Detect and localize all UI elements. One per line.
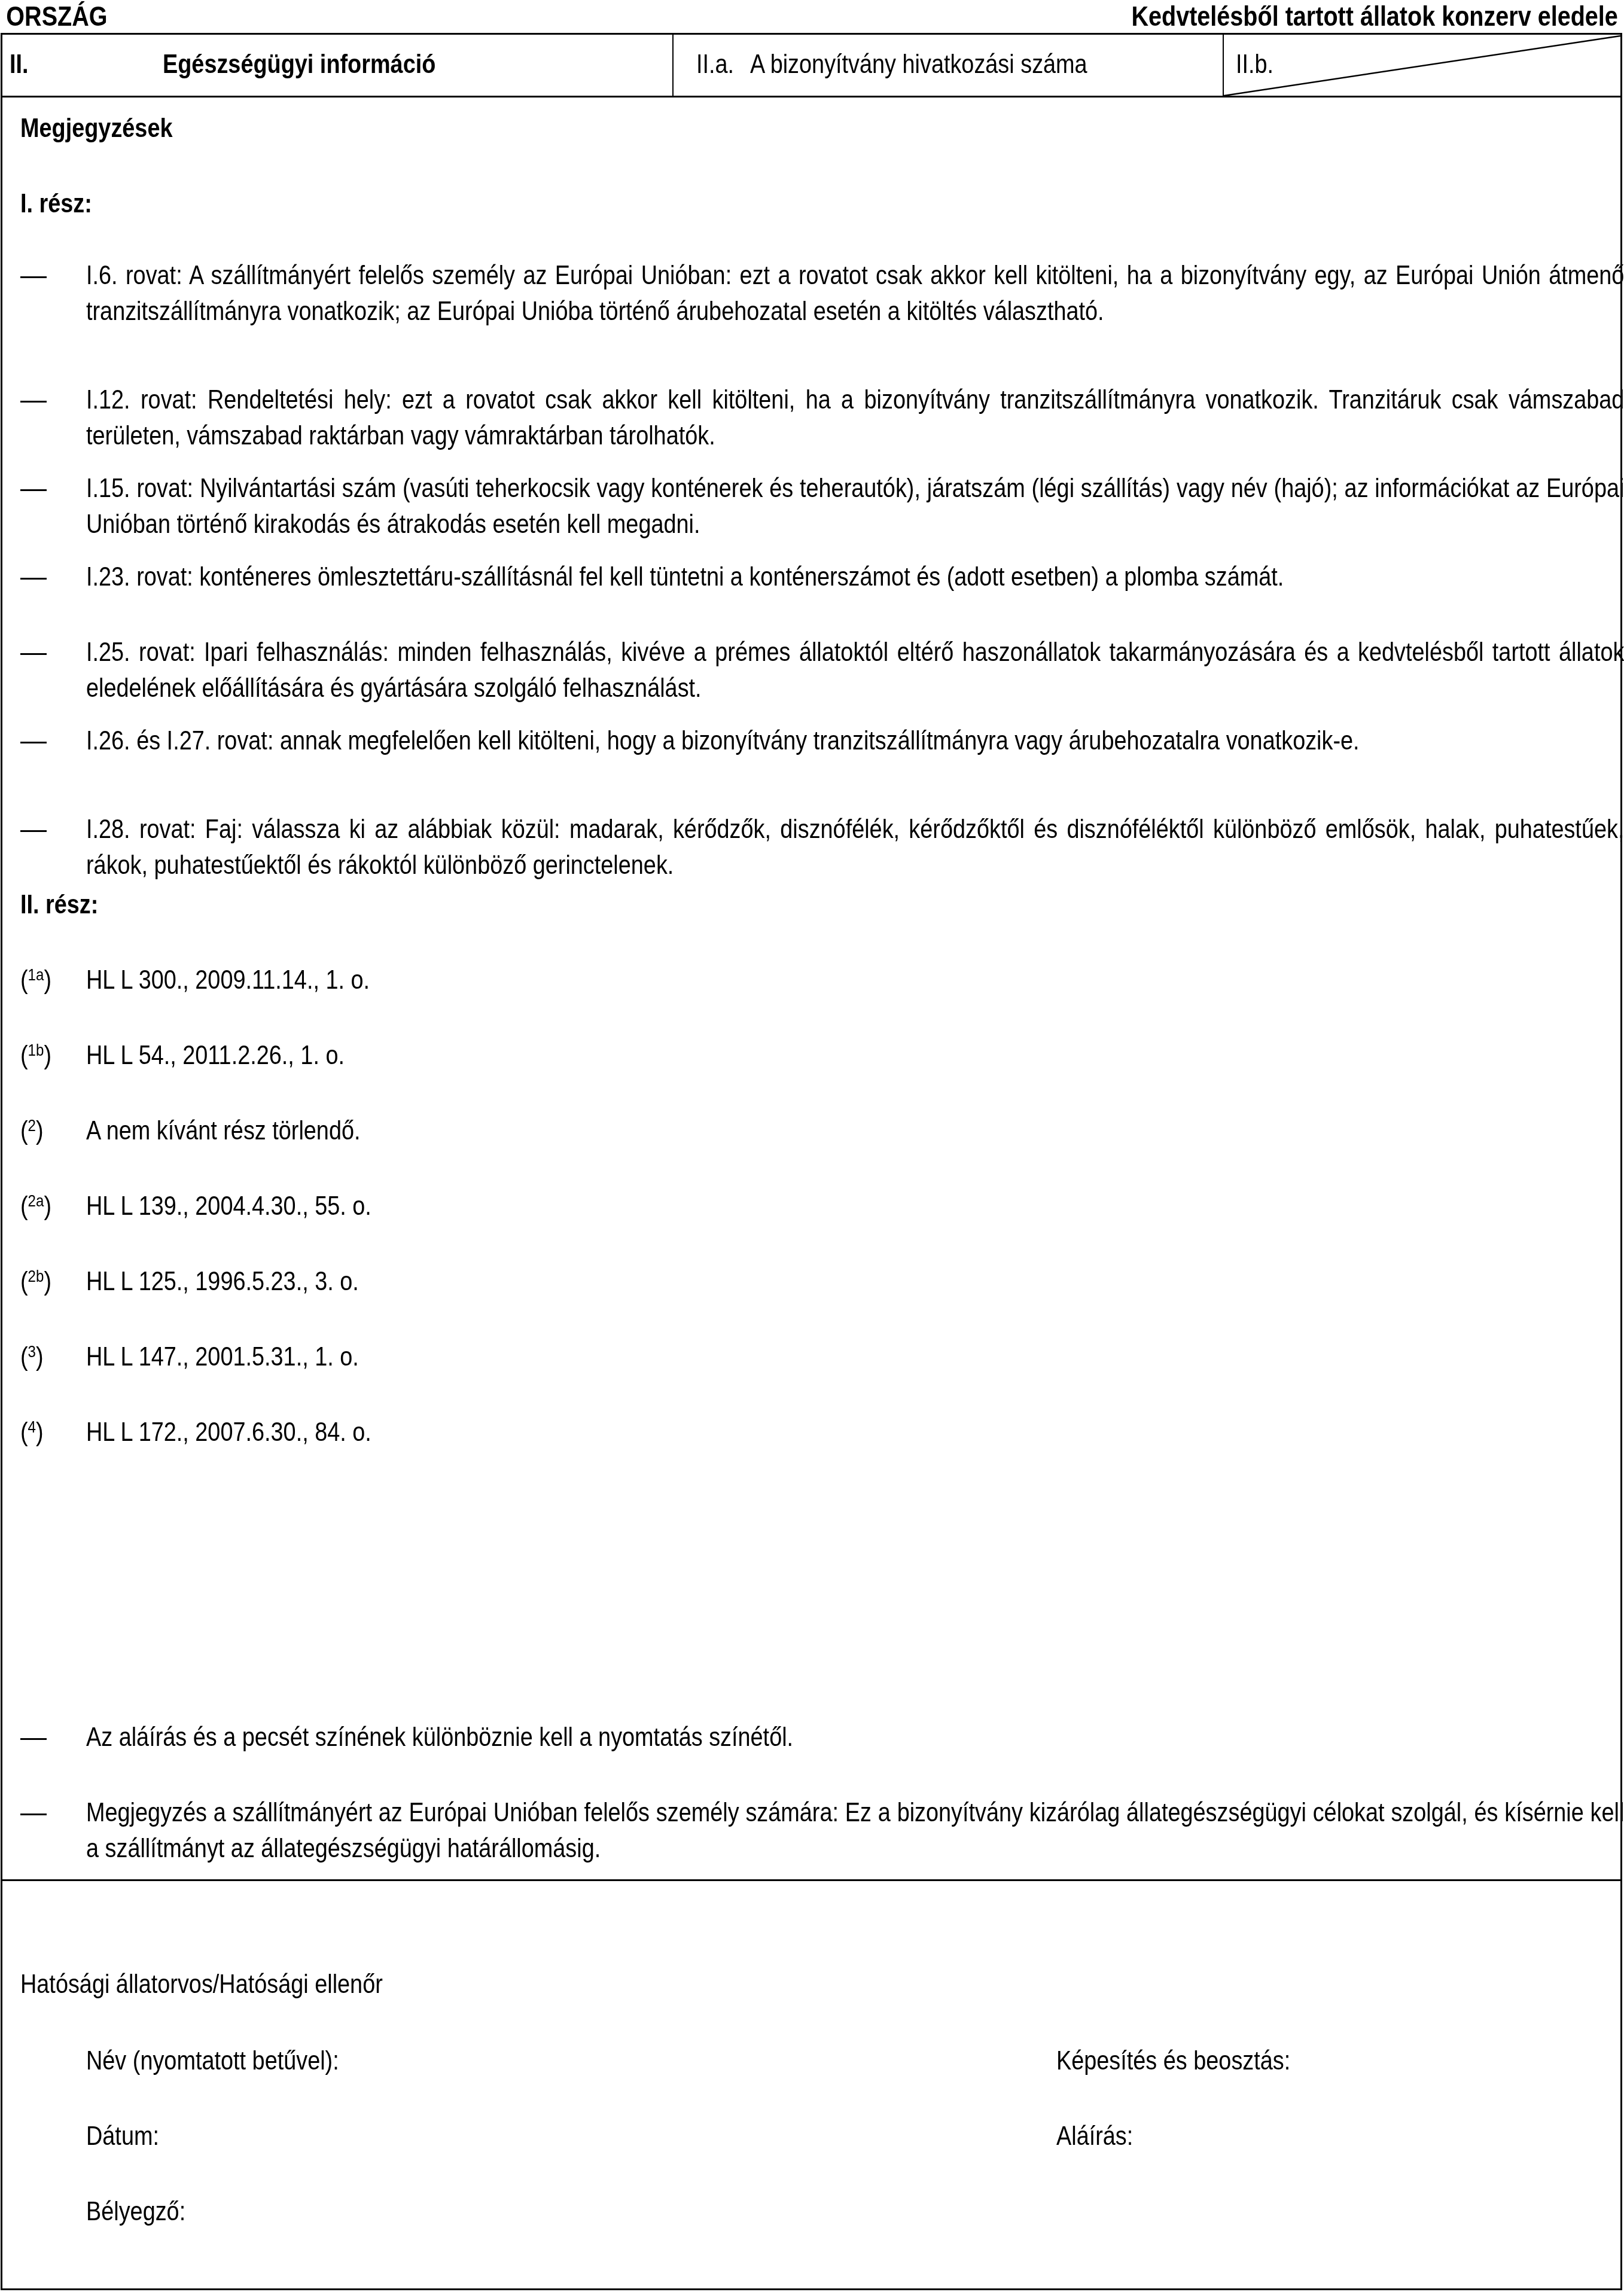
certificate-title-wrap: Kedvtelésből tartott állatok konzerv ele…: [1052, 0, 1618, 32]
footnote-text: HL L 172., 2007.6.30., 84. o.: [86, 1415, 371, 1450]
note-item: I.15. rovat: Nyilvántartási szám (vasúti…: [86, 471, 1624, 542]
reference-number-cell[interactable]: II.a. A bizonyítvány hivatkozási száma: [674, 35, 1224, 96]
name-field-label[interactable]: Név (nyomtatott betűvel):: [86, 2043, 339, 2079]
footnote-mark: (2a): [20, 1188, 51, 1224]
footnote-text: HL L 300., 2009.11.14., 1. o.: [86, 962, 370, 998]
note-bullet: —: [20, 723, 47, 759]
note-item: I.26. és I.27. rovat: annak megfelelően …: [86, 723, 1624, 759]
note-bullet: —: [20, 1720, 47, 1755]
footnote-mark: (1a): [20, 962, 51, 998]
footnote-text: HL L 139., 2004.4.30., 55. o.: [86, 1188, 371, 1224]
note-item: Az aláírás és a pecsét színének különböz…: [86, 1720, 1624, 1755]
footnote-text: HL L 147., 2001.5.31., 1. o.: [86, 1339, 359, 1375]
country-label: ORSZÁG: [6, 0, 107, 32]
note-item: I.12. rovat: Rendeltetési hely: ezt a ro…: [86, 382, 1624, 454]
qualification-field-label[interactable]: Képesítés és beosztás:: [1056, 2043, 1290, 2079]
note-bullet: —: [20, 559, 47, 595]
note-item: I.6. rovat: A szállítmányért felelős sze…: [86, 258, 1624, 330]
footnote-text: A nem kívánt rész törlendő.: [86, 1113, 361, 1149]
footnote-mark: (1b): [20, 1038, 51, 1074]
section-number: II.: [10, 48, 29, 81]
certificate-title: Kedvtelésből tartott állatok konzerv ele…: [1132, 0, 1618, 32]
footnote-text: HL L 54., 2011.2.26., 1. o.: [86, 1038, 345, 1074]
note-bullet: —: [20, 812, 47, 848]
stamp-field-label[interactable]: Bélyegző:: [86, 2194, 185, 2230]
section-header-row: II. Egészségügyi információ II.a. A bizo…: [2, 35, 1620, 97]
note-item: Megjegyzés a szállítmányért az Európai U…: [86, 1795, 1624, 1867]
part1-heading: I. rész:: [20, 186, 92, 222]
note-item: I.25. rovat: Ipari felhasználás: minden …: [86, 635, 1624, 706]
footnote-mark: (2b): [20, 1264, 51, 1300]
note-bullet: —: [20, 471, 47, 507]
note-bullet: —: [20, 382, 47, 418]
note-bullet: —: [20, 635, 47, 670]
reference-number-label: A bizonyítvány hivatkozási száma: [750, 48, 1087, 81]
certificate-frame: II. Egészségügyi információ II.a. A bizo…: [1, 33, 1622, 2290]
note-bullet: —: [20, 258, 47, 294]
official-title: Hatósági állatorvos/Hatósági ellenőr: [20, 1967, 383, 2003]
note-item: I.28. rovat: Faj: válassza ki az alábbia…: [86, 812, 1624, 883]
notes-heading: Megjegyzések: [20, 111, 173, 147]
footnote-text: HL L 125., 1996.5.23., 3. o.: [86, 1264, 359, 1300]
part2-heading: II. rész:: [20, 887, 98, 923]
section-title: Egészségügyi információ: [163, 48, 435, 81]
note-item: I.23. rovat: konténeres ömlesztettáru-sz…: [86, 559, 1624, 595]
diagonal-strike-line: [1224, 35, 1620, 96]
footnote-mark: (2): [20, 1113, 44, 1149]
section-divider: [2, 1879, 1620, 1881]
section-title-cell: II. Egészségügyi információ: [2, 35, 674, 96]
date-field-label[interactable]: Dátum:: [86, 2119, 159, 2154]
signature-field-label[interactable]: Aláírás:: [1056, 2119, 1133, 2154]
reference-number-code: II.a.: [696, 48, 734, 81]
footnote-mark: (4): [20, 1415, 44, 1450]
footnote-mark: (3): [20, 1339, 44, 1375]
iib-cell: II.b.: [1224, 35, 1620, 96]
note-bullet: —: [20, 1795, 47, 1831]
